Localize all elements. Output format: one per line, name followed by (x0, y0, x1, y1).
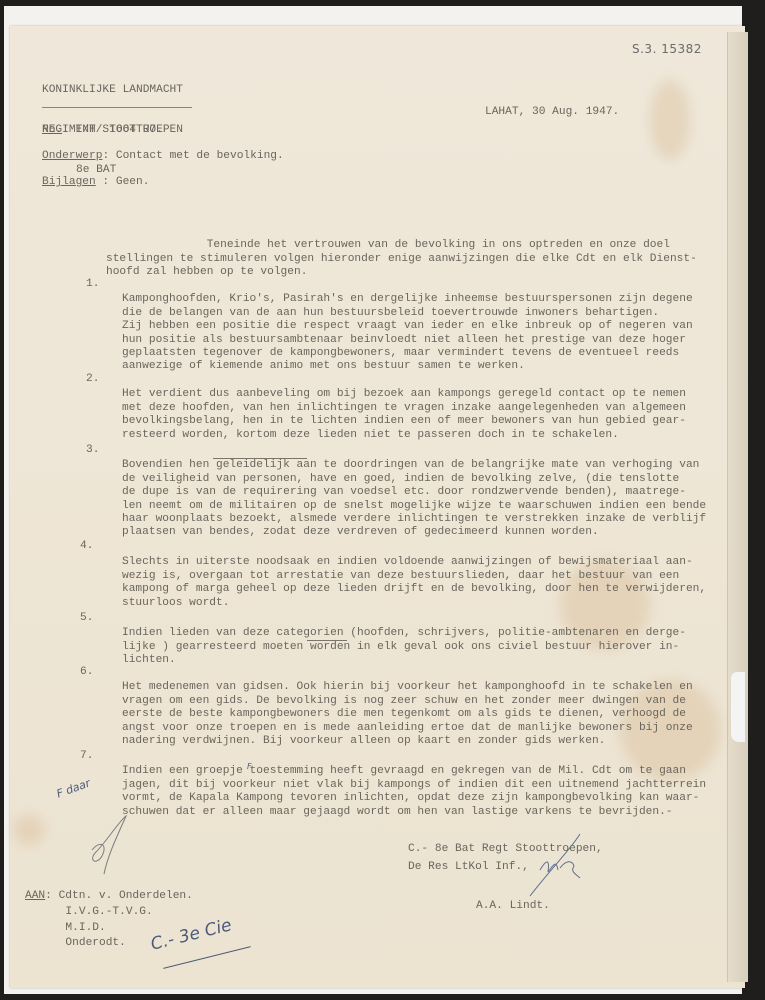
text-line: wezig is, overgaan tot arrestatie van de… (122, 570, 742, 583)
text-line: met deze hoofden, van hen inlichtingen t… (122, 402, 742, 415)
text-line: Slechts in uiterste noodsaak en indien v… (122, 556, 742, 569)
item-paragraph-2: Het verdient dus aanbeveling om bij bezo… (122, 375, 742, 455)
text-line: plaatsen van bendes, zodat deze verdreve… (122, 526, 742, 539)
subject-label: Onderwerp (42, 150, 102, 162)
item-paragraph-3: Bovendien hen geleidelijk aan te doordri… (122, 446, 742, 553)
item-paragraph-6: Het medenemen van gidsen. Ook hierin bij… (122, 668, 742, 762)
text-line: hoofd zal hebben op te volgen. (106, 266, 726, 279)
text-line: die de belangen van de aan hun bestuursb… (122, 307, 742, 320)
handwritten-insert-mark: F (247, 762, 252, 771)
text-line: Het medenemen van gidsen. Ook hierin bij… (122, 681, 742, 694)
text-line: Teneinde het vertrouwen van de bevolking… (106, 239, 726, 252)
subject: Onderwerp: Contact met de bevolking. (42, 150, 284, 163)
text-line: stellingen te stimuleren volgen hieronde… (106, 253, 726, 266)
initials-signature (80, 810, 140, 880)
letterhead-line: KONINKLIJKE LANDMACHT (42, 84, 183, 97)
text-line: haar woonplaats bezoekt, alsmede verdere… (122, 513, 742, 526)
distribution-line: Onderodt. (52, 937, 126, 950)
distribution-label: AAN (25, 890, 45, 902)
text-line: aanwezige of kiemende animo met ons best… (122, 360, 742, 373)
item-number: 7. (80, 750, 93, 762)
item-paragraph-4: Slechts in uiterste noodsaak en indien v… (122, 543, 742, 623)
text-line: stuurloos wordt. (122, 597, 742, 610)
text-line: nadering verdwijnen. Bij voorkeur alleen… (122, 735, 742, 748)
archive-number: S.3. 15382 (632, 42, 702, 56)
item-number: 4. (80, 540, 93, 552)
distribution-list: AAN: Cdtn. v. Onderdelen. (25, 890, 193, 903)
item-paragraph-1: Kamponghoofden, Krio's, Pasirah's en der… (122, 280, 742, 387)
text-line: Het verdient dus aanbeveling om bij bezo… (122, 388, 742, 401)
text-line: schuwen dat er alleen maar gejaagd wordt… (122, 806, 742, 819)
item-paragraph-7: Indien een groepje toestemming heeft gev… (122, 752, 742, 832)
item-number: 6. (80, 666, 93, 678)
distribution-line: M.I.D. (52, 922, 106, 935)
item-number: 5. (80, 612, 93, 624)
text-line: de veiligheid van personen, have en goed… (122, 473, 742, 486)
text-line: eerste de beste kampongbewoners die men … (122, 708, 742, 721)
no-label: No. (42, 124, 62, 136)
no-value: : T/H/ 1664 U7. (62, 124, 163, 136)
text-line: Indien lieden van deze categorien (hoofd… (122, 627, 742, 640)
distribution-line: I.V.G.-T.V.G. (52, 906, 153, 919)
text-line: kampong of marga geheel op deze lieden d… (122, 583, 742, 596)
text-line: len neemt om de militairen op de snelst … (122, 500, 742, 513)
text-line: Kamponghoofden, Krio's, Pasirah's en der… (122, 293, 742, 306)
text-line: jagen, dit bij voorkeur niet vlak bij ka… (122, 779, 742, 792)
text-line: vragen om een gids. De bevolking is nog … (122, 695, 742, 708)
attachments: Bijlagen : Geen. (42, 176, 149, 189)
item-number: 1. (86, 278, 99, 290)
handwritten-signature (520, 830, 610, 900)
distribution-line: : Cdtn. v. Onderdelen. (45, 890, 193, 902)
text-line: lijke ) gearresteerd moeten worden in el… (122, 641, 742, 654)
underline-geleidelijk-aan (213, 458, 307, 459)
signature-line-2: De Res LtKol Inf., (408, 861, 529, 874)
place-date: LAHAT, 30 Aug. 1947. (485, 106, 619, 119)
attachments-label: Bijlagen (42, 176, 96, 188)
text-line: bevolkingsbelang, hen in te lichten indi… (122, 415, 742, 428)
signatory-name: A.A. Lindt. (476, 900, 550, 913)
text-line: lichten. (122, 654, 742, 667)
text-line: Indien een groepje toestemming heeft gev… (122, 765, 742, 778)
underline-moeten (307, 640, 347, 641)
text-line: hun positie als bestuursambtenaar beinvl… (122, 334, 742, 347)
text-line: Zij hebben een positie die respect vraag… (122, 320, 742, 333)
item-number: 3. (86, 444, 99, 456)
attachments-value: : Geen. (96, 176, 150, 188)
text-line: de dupe is van de requirering van voedse… (122, 486, 742, 499)
item-number: 2. (86, 373, 99, 385)
stain (14, 815, 44, 845)
text-line: angst voor onze troepen en is mede aanle… (122, 722, 742, 735)
letterhead-rule (42, 107, 192, 108)
text-line: Bovendien hen geleidelijk aan te doordri… (122, 459, 742, 472)
text-line: resteerd worden, kortom deze lieden niet… (122, 429, 742, 442)
stain (650, 80, 690, 160)
reference-number: No.: T/H/ 1664 U7. (42, 124, 163, 137)
subject-value: : Contact met de bevolking. (102, 150, 283, 162)
text-line: vormt, de Kapala Kampong tevoren inlicht… (122, 792, 742, 805)
text-line: geplaatsten tegenover de kampongbewoners… (122, 347, 742, 360)
